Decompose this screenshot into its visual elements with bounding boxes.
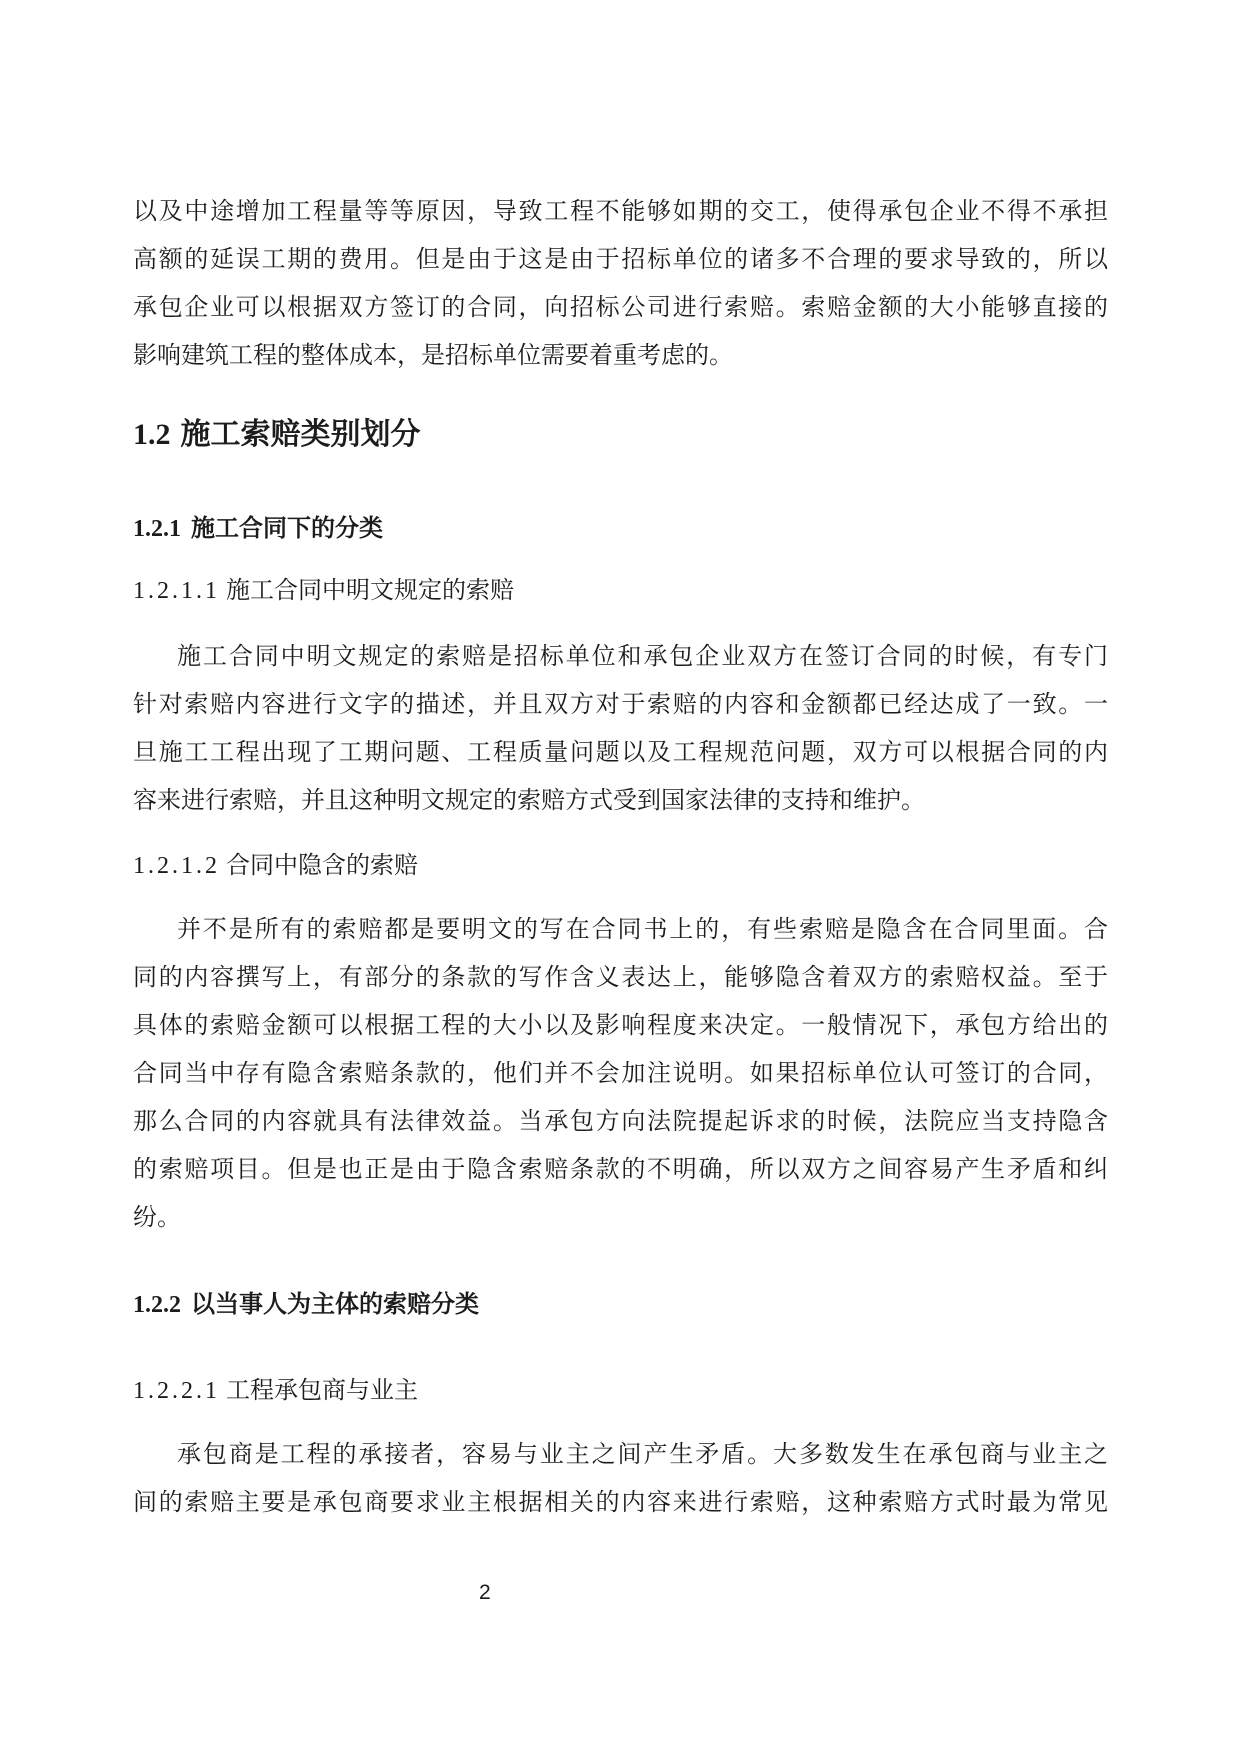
body-line: 容来进行索赔，并且这种明文规定的索赔方式受到国家法律的支持和维护。 — [133, 777, 1108, 825]
section-number: 1.2 — [133, 418, 171, 451]
document-page: 以及中途增加工程量等等原因，导致工程不能够如期的交工，使得承包企业不得不承担 高… — [0, 0, 1240, 1754]
body-line: 纷。 — [133, 1194, 1108, 1242]
subsubsection-title: 工程承包商与业主 — [226, 1378, 418, 1404]
subsubsection-number: 1.2.2.1 — [133, 1378, 220, 1404]
subsubsection-title: 施工合同中明文规定的索赔 — [226, 578, 514, 604]
subsection-heading: 1.2.2以当事人为主体的索赔分类 — [133, 1289, 1108, 1321]
section-heading: 1.2施工索赔类别划分 — [133, 417, 1108, 453]
body-line: 间的索赔主要是承包商要求业主根据相关的内容来进行索赔，这种索赔方式时最为常见 — [133, 1479, 1108, 1527]
body-line: 合同当中存有隐含索赔条款的，他们并不会加注说明。如果招标单位认可签订的合同， — [133, 1050, 1108, 1098]
body-line: 具体的索赔金额可以根据工程的大小以及影响程度来决定。一般情况下，承包方给出的 — [133, 1002, 1108, 1050]
body-line: 同的内容撰写上，有部分的条款的写作含义表达上，能够隐含着双方的索赔权益。至于 — [133, 954, 1108, 1002]
paragraph: 承包商是工程的承接者，容易与业主之间产生矛盾。大多数发生在承包商与业主之 间的索… — [133, 1431, 1108, 1527]
body-line: 影响建筑工程的整体成本，是招标单位需要着重考虑的。 — [133, 332, 1108, 380]
subsubsection-title: 合同中隐含的索赔 — [226, 853, 418, 879]
body-line: 承包商是工程的承接者，容易与业主之间产生矛盾。大多数发生在承包商与业主之 — [133, 1431, 1108, 1479]
subsubsection-heading: 1.2.1.2合同中隐含的索赔 — [133, 850, 1108, 882]
page-content: 以及中途增加工程量等等原因，导致工程不能够如期的交工，使得承包企业不得不承担 高… — [133, 0, 1108, 1606]
subsubsection-heading: 1.2.1.1施工合同中明文规定的索赔 — [133, 575, 1108, 607]
section-title: 施工索赔类别划分 — [181, 418, 421, 451]
paragraph: 以及中途增加工程量等等原因，导致工程不能够如期的交工，使得承包企业不得不承担 高… — [133, 188, 1108, 380]
body-line: 旦施工工程出现了工期问题、工程质量问题以及工程规范问题，双方可以根据合同的内 — [133, 729, 1108, 777]
subsection-title: 施工合同下的分类 — [191, 515, 383, 542]
subsubsection-number: 1.2.1.2 — [133, 853, 220, 879]
subsection-heading: 1.2.1施工合同下的分类 — [133, 513, 1108, 545]
subsubsection-number: 1.2.1.1 — [133, 578, 220, 604]
paragraph: 施工合同中明文规定的索赔是招标单位和承包企业双方在签订合同的时候，有专门 针对索… — [133, 633, 1108, 825]
body-line: 那么合同的内容就具有法律效益。当承包方向法院提起诉求的时候，法院应当支持隐含 — [133, 1098, 1108, 1146]
body-line: 高额的延误工期的费用。但是由于这是由于招标单位的诸多不合理的要求导致的，所以 — [133, 236, 1108, 284]
subsubsection-heading: 1.2.2.1工程承包商与业主 — [133, 1375, 1108, 1407]
body-line: 施工合同中明文规定的索赔是招标单位和承包企业双方在签订合同的时候，有专门 — [133, 633, 1108, 681]
body-line: 以及中途增加工程量等等原因，导致工程不能够如期的交工，使得承包企业不得不承担 — [133, 188, 1108, 236]
body-line: 并不是所有的索赔都是要明文的写在合同书上的，有些索赔是隐含在合同里面。合 — [133, 906, 1108, 954]
body-line: 针对索赔内容进行文字的描述，并且双方对于索赔的内容和金额都已经达成了一致。一 — [133, 681, 1108, 729]
body-line: 的索赔项目。但是也正是由于隐含索赔条款的不明确，所以双方之间容易产生矛盾和纠 — [133, 1146, 1108, 1194]
subsection-title: 以当事人为主体的索赔分类 — [191, 1291, 479, 1318]
body-line: 承包企业可以根据双方签订的合同，向招标公司进行索赔。索赔金额的大小能够直接的 — [133, 284, 1108, 332]
page-number: 2 — [133, 1580, 1108, 1606]
subsection-number: 1.2.2 — [133, 1292, 181, 1318]
subsection-number: 1.2.1 — [133, 516, 181, 542]
paragraph: 并不是所有的索赔都是要明文的写在合同书上的，有些索赔是隐含在合同里面。合 同的内… — [133, 906, 1108, 1242]
